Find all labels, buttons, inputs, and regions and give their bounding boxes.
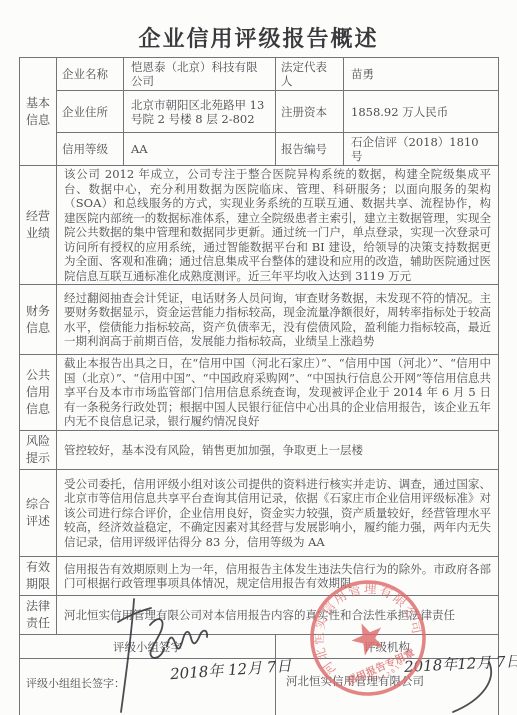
section-text-validity: 信用报告有效期原则上为一年，信用报告主体发生违法失信行为的除外。市政府各部门可根… — [57, 557, 499, 596]
section-text-legal: 河北恒实信用管理有限公司对本信用报告内容的真实性和合法性承担法律责任 — [57, 596, 499, 635]
section-label-validity: 有效期限 — [20, 557, 57, 596]
section-text-summary: 受公司委托，信用评级小组对该公司提供的资料进行核实并走访、调查，通过国家、北京市… — [57, 470, 499, 557]
table-row-basic-2: 企业住所 北京市朝阳区北苑路甲 13 号院 2 号楼 8 层 2-802 注册资… — [20, 91, 499, 133]
leader-signature-label: 评级小组组长签字： — [26, 675, 125, 691]
value-registered-capital: 1858.92 万人民币 — [344, 91, 499, 133]
table-row-business: 经营业绩 该公司 2012 年成立，公司专注于整合医院异构系统的数据，构建全院级… — [20, 166, 499, 285]
section-label-risk: 风险提示 — [20, 431, 57, 470]
section-text-public-credit: 截止本报告出具之日，在“信用中国（河北石家庄）”、“信用中国（河北）”、“信用中… — [57, 355, 499, 431]
page-title: 企业信用评级报告概述 — [0, 22, 517, 53]
credit-report-page: 企业信用评级报告概述 基本信息 企业名称 恺恩泰（北京）科技有限公司 法定代表人… — [0, 0, 517, 715]
label-report-number: 报告编号 — [276, 133, 344, 166]
table-row-basic-1: 基本信息 企业名称 恺恩泰（北京）科技有限公司 法定代表人 苗勇 — [20, 58, 499, 91]
section-label-finance: 财务信息 — [20, 285, 57, 355]
table-row-finance: 财务信息 经过翻阅抽查会计凭证，电话财务人员问询，审查财务数据，未发现不符的情况… — [20, 285, 499, 355]
section-label-business: 经营业绩 — [20, 166, 57, 285]
table-row-public-credit: 公共信用信息 截止本报告出具之日，在“信用中国（河北石家庄）”、“信用中国（河北… — [20, 355, 499, 431]
label-legal-representative: 法定代表人 — [276, 58, 344, 91]
label-company-address: 企业住所 — [57, 91, 124, 133]
seal-star-icon — [347, 617, 389, 658]
label-registered-capital: 注册资本 — [276, 91, 344, 133]
section-text-business: 该公司 2012 年成立，公司专注于整合医院异构系统的数据，构建全院级集成平台、… — [57, 166, 499, 285]
label-company-name: 企业名称 — [57, 58, 124, 91]
table-row-validity: 有效期限 信用报告有效期原则上为一年，信用报告主体发生违法失信行为的除外。市政府… — [20, 557, 499, 596]
table-row-summary: 综合评述 受公司委托，信用评级小组对该公司提供的资料进行核实并走访、调查，通过国… — [20, 470, 499, 557]
section-text-finance: 经过翻阅抽查会计凭证，电话财务人员问询，审查财务数据，未发现不符的情况。主要财务… — [57, 285, 499, 355]
section-label-basic-info: 基本信息 — [20, 58, 57, 166]
team-signature-header: 评级小组签字 — [20, 635, 276, 659]
value-company-address: 北京市朝阳区北苑路甲 13 号院 2 号楼 8 层 2-802 — [124, 91, 276, 133]
report-table: 基本信息 企业名称 恺恩泰（北京）科技有限公司 法定代表人 苗勇 企业住所 北京… — [19, 57, 499, 715]
value-credit-grade: AA — [124, 133, 276, 166]
value-legal-representative: 苗勇 — [344, 58, 499, 91]
label-credit-grade: 信用等级 — [57, 133, 124, 166]
section-text-risk: 管控较好，基本没有风险，销售更加加强，争取更上一层楼 — [57, 431, 499, 470]
table-row-risk: 风险提示 管控较好，基本没有风险，销售更加加强，争取更上一层楼 — [20, 431, 499, 470]
section-label-public-credit: 公共信用信息 — [20, 355, 57, 431]
table-row-basic-3: 信用等级 AA 报告编号 石企信评（2018）1810 号 — [20, 133, 499, 166]
section-label-summary: 综合评述 — [20, 470, 57, 557]
value-company-name: 恺恩泰（北京）科技有限公司 — [124, 58, 276, 91]
section-label-legal: 法律责任 — [20, 596, 57, 635]
value-report-number: 石企信评（2018）1810 号 — [344, 133, 499, 166]
